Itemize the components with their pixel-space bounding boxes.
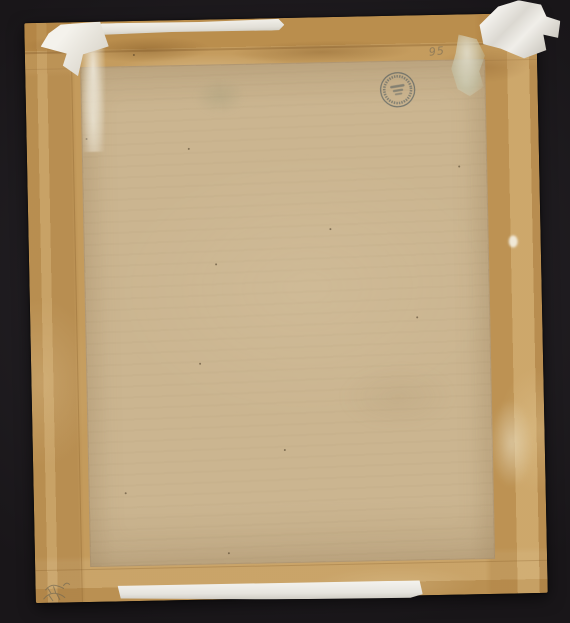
white-fleck [509,235,518,247]
light-glue-patch [490,401,534,486]
tape-remnant-top-right-corner [474,0,561,61]
glue-streak [81,48,107,152]
paper-speck [458,165,460,167]
paper-speck [284,449,286,451]
soft-stain [337,361,458,433]
tape-strip-bottom [118,580,423,600]
pencil-inscription: 95 [428,44,445,59]
pencil-scribble [39,577,76,606]
paper-speck [188,148,190,150]
collector-stamp-icon [372,64,422,114]
photo-backdrop: 95 [0,0,570,623]
paper-speck [228,552,230,554]
tape-remnant-top-strip [96,18,284,35]
paper-speck [416,316,418,318]
greenish-smudge [193,77,246,116]
paper-speck [199,363,201,365]
backing-paper [80,59,495,567]
paper-speck [125,492,127,494]
paper-speck [133,54,135,56]
artwork-verso-board: 95 [24,13,548,603]
paper-speck [215,263,217,265]
paper-speck [329,228,331,230]
